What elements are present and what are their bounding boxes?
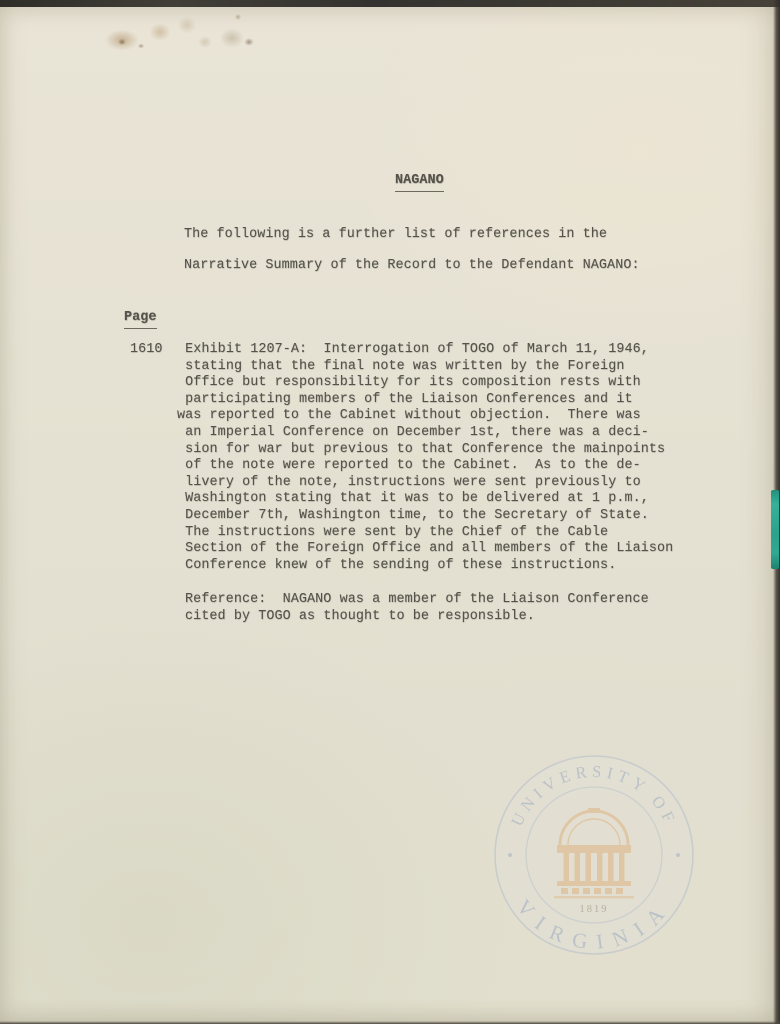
seal-separator-dot-left	[508, 853, 512, 857]
page-column-heading: Page	[124, 310, 157, 329]
stain-marks	[0, 0, 340, 95]
seal-separator-dot-right	[676, 853, 680, 857]
intro-line-1: The following is a further list of refer…	[184, 227, 607, 244]
seal-year: 1819	[580, 904, 609, 915]
teal-color-strip	[771, 490, 779, 569]
uva-seal-watermark: UNIVERSITY OF VIRGINIA 1819	[484, 745, 704, 965]
document-title: NAGANO	[395, 173, 444, 192]
entry-body-text: Exhibit 1207-A: Interrogation of TOGO of…	[177, 342, 673, 574]
intro-line-2: Narrative Summary of the Record to the D…	[184, 258, 640, 275]
entry-page-number: 1610	[130, 342, 163, 359]
scan-edge-top	[0, 0, 780, 7]
reference-note: Reference: NAGANO was a member of the Li…	[185, 591, 649, 626]
